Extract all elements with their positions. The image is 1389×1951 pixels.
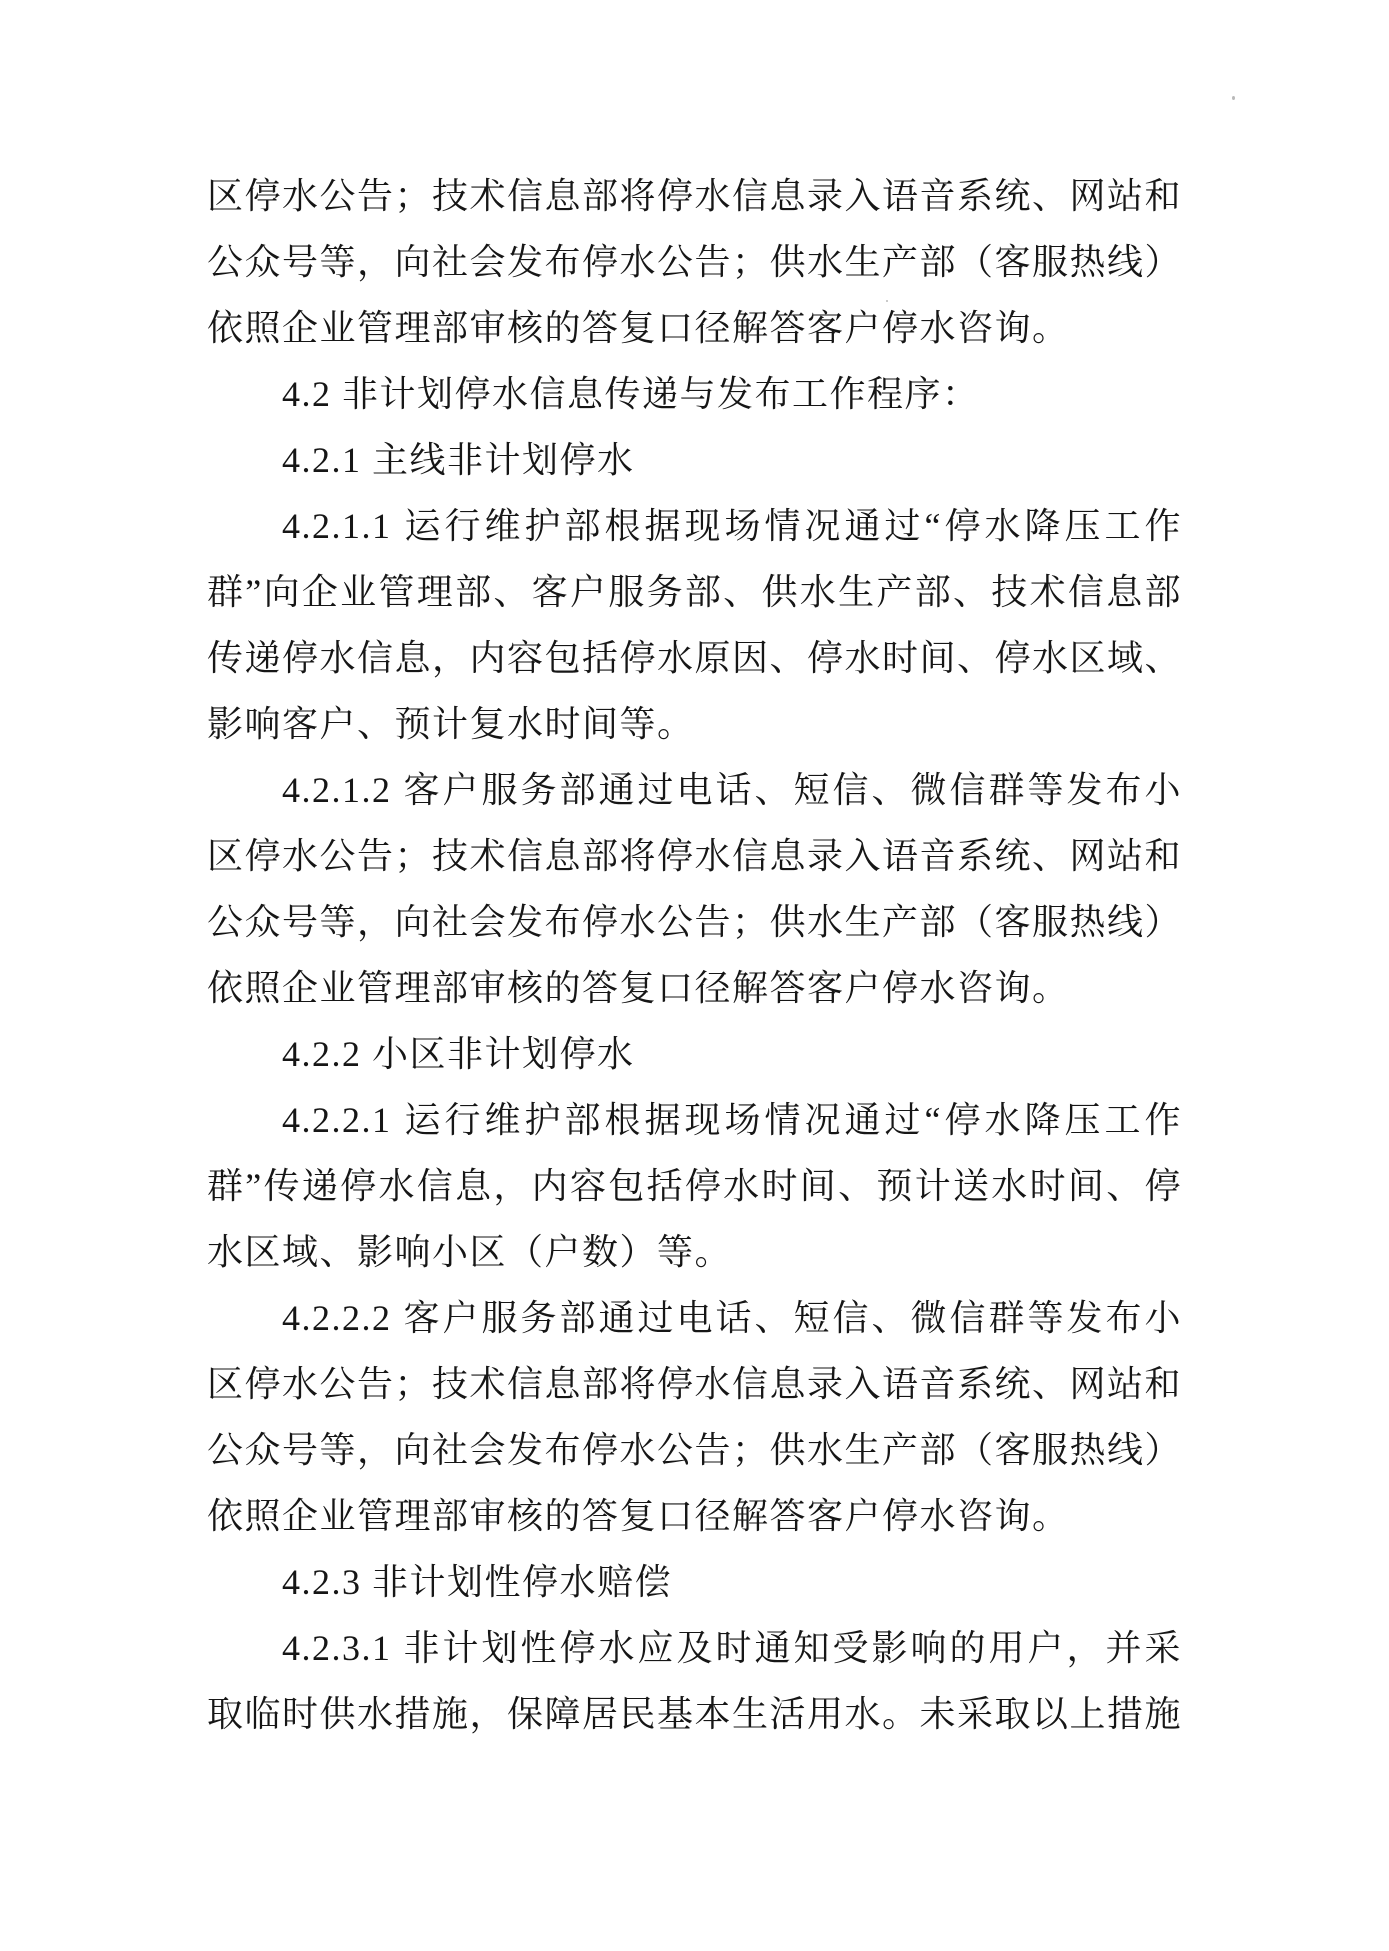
text-line: 4.2.3.1 非计划性停水应及时通知受影响的用户，并采 bbox=[207, 1615, 1182, 1681]
scan-speck bbox=[1232, 96, 1235, 100]
text-line: 依照企业管理部审核的答复口径解答客户停水咨询。 bbox=[207, 1483, 1182, 1549]
document-page: 区停水公告；技术信息部将停水信息录入语音系统、网站和公众号等，向社会发布停水公告… bbox=[0, 0, 1389, 1951]
section-heading: 4.2 非计划停水信息传递与发布工作程序： bbox=[207, 361, 1182, 427]
text-line: 4.2.2.2 客户服务部通过电话、短信、微信群等发布小 bbox=[207, 1285, 1182, 1351]
text-line: 区停水公告；技术信息部将停水信息录入语音系统、网站和 bbox=[207, 163, 1182, 229]
text-line: 4.2.1.2 客户服务部通过电话、短信、微信群等发布小 bbox=[207, 757, 1182, 823]
text-line: 4.2.1.1 运行维护部根据现场情况通过“停水降压工作 bbox=[207, 493, 1182, 559]
text-block: 区停水公告；技术信息部将停水信息录入语音系统、网站和公众号等，向社会发布停水公告… bbox=[207, 163, 1182, 1747]
text-line: 传递停水信息，内容包括停水原因、停水时间、停水区域、 bbox=[207, 625, 1182, 691]
text-line: 公众号等，向社会发布停水公告；供水生产部（客服热线） bbox=[207, 229, 1182, 295]
text-line: 群”传递停水信息，内容包括停水时间、预计送水时间、停 bbox=[207, 1153, 1182, 1219]
text-line: 4.2.2.1 运行维护部根据现场情况通过“停水降压工作 bbox=[207, 1087, 1182, 1153]
text-line: 取临时供水措施，保障居民基本生活用水。未采取以上措施 bbox=[207, 1681, 1182, 1747]
section-heading: 4.2.2 小区非计划停水 bbox=[207, 1021, 1182, 1087]
text-line: 水区域、影响小区（户数）等。 bbox=[207, 1219, 1182, 1285]
text-line: 影响客户、预计复水时间等。 bbox=[207, 691, 1182, 757]
text-line: 区停水公告；技术信息部将停水信息录入语音系统、网站和 bbox=[207, 823, 1182, 889]
text-line: 依照企业管理部审核的答复口径解答客户停水咨询。 bbox=[207, 295, 1182, 361]
text-line: 群”向企业管理部、客户服务部、供水生产部、技术信息部 bbox=[207, 559, 1182, 625]
section-heading: 4.2.1 主线非计划停水 bbox=[207, 427, 1182, 493]
text-line: 依照企业管理部审核的答复口径解答客户停水咨询。 bbox=[207, 955, 1182, 1021]
text-line: 公众号等，向社会发布停水公告；供水生产部（客服热线） bbox=[207, 1417, 1182, 1483]
section-heading: 4.2.3 非计划性停水赔偿 bbox=[207, 1549, 1182, 1615]
text-line: 公众号等，向社会发布停水公告；供水生产部（客服热线） bbox=[207, 889, 1182, 955]
scan-speck bbox=[886, 300, 888, 302]
text-line: 区停水公告；技术信息部将停水信息录入语音系统、网站和 bbox=[207, 1351, 1182, 1417]
